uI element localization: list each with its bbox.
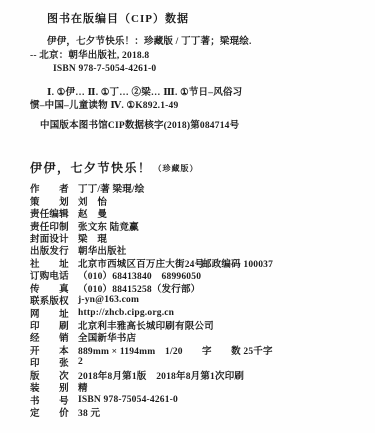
colophon-row-book-number: 书 号 ISBN 978-75054-4261-0: [30, 393, 369, 405]
book-edition-tag: （珍藏版）: [154, 164, 199, 173]
book-title-text: 伊伊，七夕节快乐！: [30, 161, 152, 175]
colophon-label: 定 价: [30, 405, 78, 419]
colophon-value: 889mm × 1194mm 1/20: [78, 343, 183, 357]
colophon-row-order-phone: 订购电话 （010）68413840 68996050: [30, 269, 369, 281]
colophon-value: http://zhcb.cipg.org.cn: [78, 308, 174, 318]
colophon-value: （010）88415258（发行部）: [78, 281, 200, 295]
colophon-row-author: 作 者 丁丁/著 梁琨/绘: [30, 182, 369, 194]
book-title: 伊伊，七夕节快乐！（珍藏版）: [30, 159, 199, 176]
colophon-row-price: 定 价 38 元: [30, 406, 369, 418]
colophon-row-cover-design: 封面设计 梁 琨: [30, 232, 369, 244]
colophon-value: ISBN 978-75054-4261-0: [78, 395, 178, 405]
cip-classification-line1: Ⅰ. ①伊… Ⅱ. ①丁… ②梁… Ⅲ. ①节日–风俗习: [30, 87, 242, 100]
colophon-value: 2018年8月第1版 2018年8月第1次印刷: [78, 368, 244, 382]
colophon-value: j-yn@163.com: [78, 295, 139, 305]
colophon-row-print-supervisor: 责任印制 张文东 陆竞赢: [30, 219, 369, 231]
word-count: 字 数 25千字: [202, 344, 273, 356]
colophon-row-sheets: 印 张 2: [30, 356, 369, 368]
colophon-row-website: 网 址 http://zhcb.cipg.org.cn: [30, 306, 369, 318]
colophon-row-distributor: 经 销 全国新华书店: [30, 331, 369, 343]
colophon-row-edition-info: 版 次 2018年8月第1版 2018年8月第1次印刷: [30, 369, 369, 381]
cip-record-number: 中国版本图书馆CIP数据核字(2018)第084714号: [40, 117, 239, 131]
cip-header: 图书在版编目（CIP）数据: [47, 10, 189, 26]
colophon-row-rights-contact: 联系版权 j-yn@163.com: [30, 294, 369, 306]
cip-description-line1: 伊伊，七夕节快乐！：珍藏版 / 丁丁著；梁琨绘.: [30, 36, 252, 50]
colophon-value: 38 元: [78, 405, 100, 419]
colophon-row-address: 社 址 北京市西城区百万庄大街24号 邮政编码 100037: [30, 257, 369, 269]
colophon-row-fax: 传 真 （010）88415258（发行部）: [30, 282, 369, 294]
colophon-table: 作 者 丁丁/著 梁琨/绘 策 划 刘 怡 责任编辑 赵 曼 责任印制 张文东 …: [30, 182, 369, 418]
colophon-value: 2: [78, 357, 83, 367]
colophon-row-format: 开 本 889mm × 1194mm 1/20 字 数 25千字: [30, 344, 369, 356]
colophon-row-publisher: 出版发行 朝华出版社: [30, 244, 369, 256]
cip-isbn-line: ISBN 978-7-5054-4261-0: [30, 63, 252, 77]
cip-classification-line2: 惯–中国–儿童读物 Ⅳ. ①K892.1-49: [30, 100, 242, 113]
cip-classification: Ⅰ. ①伊… Ⅱ. ①丁… ②梁… Ⅲ. ①节日–风俗习 惯–中国–儿童读物 Ⅳ…: [30, 87, 242, 112]
colophon-value: 精: [78, 380, 88, 394]
cip-description-line2: -- 北京：朝华出版社, 2018.8: [30, 50, 252, 64]
cip-description: 伊伊，七夕节快乐！：珍藏版 / 丁丁著；梁琨绘. -- 北京：朝华出版社, 20…: [30, 36, 252, 77]
colophon-row-printer: 印 刷 北京利丰雅高长城印刷有限公司: [30, 319, 369, 331]
postal-code: 邮政编码 100037: [202, 257, 273, 269]
copyright-page: 图书在版编目（CIP）数据 伊伊，七夕节快乐！：珍藏版 / 丁丁著；梁琨绘. -…: [0, 0, 375, 433]
colophon-row-planner: 策 划 刘 怡: [30, 194, 369, 206]
colophon-row-binding: 装 别 精: [30, 381, 369, 393]
colophon-row-editor: 责任编辑 赵 曼: [30, 207, 369, 219]
